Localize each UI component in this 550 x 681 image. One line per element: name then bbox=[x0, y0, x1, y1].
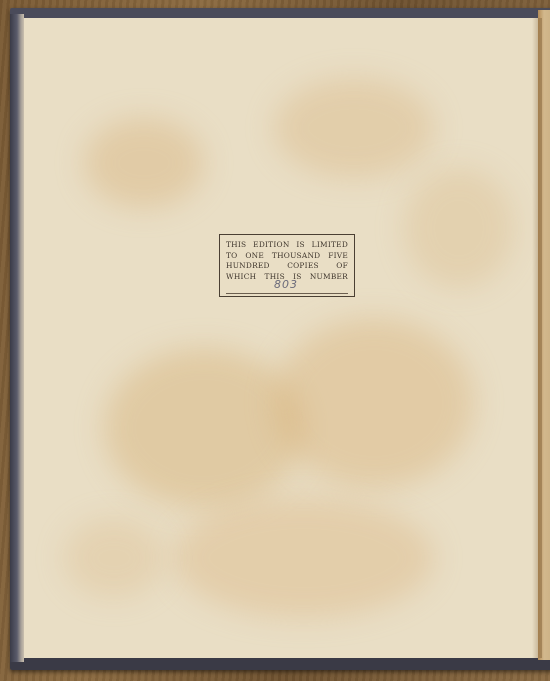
number-rule: 803 bbox=[226, 283, 348, 294]
foxing-stain bbox=[84, 118, 204, 208]
limited-edition-colophon: THIS EDITION IS LIMITED TO ONE THOUSAND … bbox=[219, 234, 355, 297]
colophon-line: THIS EDITION IS LIMITED bbox=[226, 240, 348, 251]
foxing-stain bbox=[274, 78, 434, 178]
handwritten-copy-number: 803 bbox=[274, 280, 298, 291]
colophon-line: TO ONE THOUSAND FIVE bbox=[226, 251, 348, 262]
gutter-shadow bbox=[532, 18, 542, 658]
foxing-stain bbox=[104, 348, 304, 508]
foxing-stain bbox=[174, 498, 434, 618]
foxing-stain bbox=[64, 518, 164, 598]
colophon-line: HUNDRED COPIES OF bbox=[226, 261, 348, 272]
foxing-stain bbox=[274, 318, 474, 488]
cover-edge bbox=[10, 14, 24, 662]
foxing-stain bbox=[404, 168, 514, 288]
book-page bbox=[24, 18, 538, 658]
